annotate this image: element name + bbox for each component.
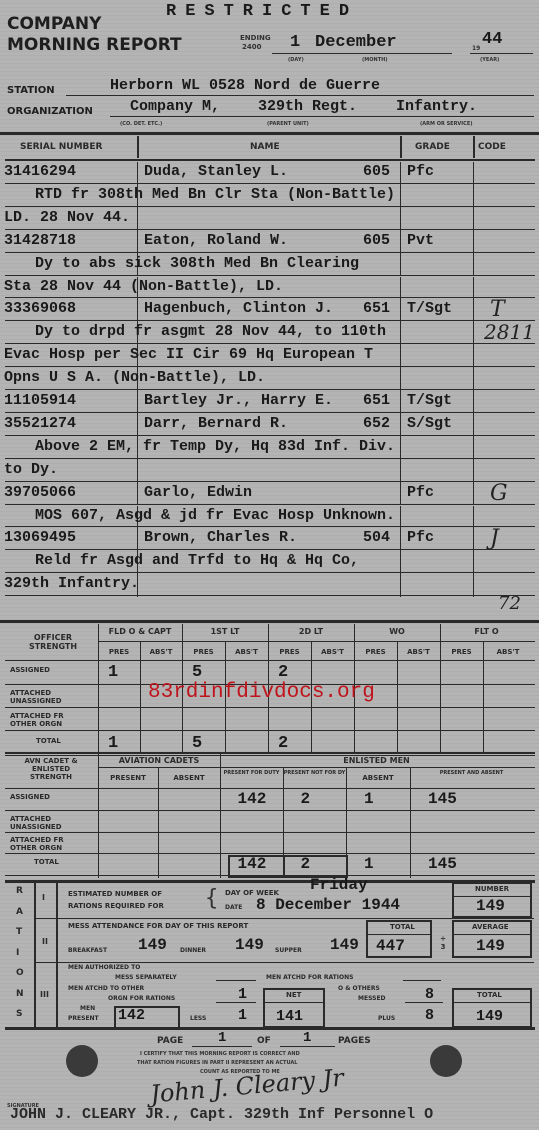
col-divider: [137, 162, 138, 185]
remark-line: Above 2 EM, fr Temp Dy, Hq 83d Inf. Div.: [35, 438, 395, 455]
col-divider: [400, 136, 402, 158]
officer-rule: [5, 707, 535, 708]
col-divider: [473, 551, 474, 574]
date-underline: [272, 53, 452, 54]
enlisted-col-divider: [158, 767, 159, 878]
form-title-line1: COMPANY: [7, 14, 101, 34]
dinner-label: DINNER: [180, 947, 206, 954]
number-label: NUMBER: [475, 885, 509, 893]
mess-separately-line: [216, 980, 256, 981]
roster-rule: [5, 412, 535, 413]
morning-report-form: RESTRICTED COMPANY MORNING REPORT ENDING…: [0, 0, 539, 1130]
officer-count: 2: [278, 663, 288, 682]
roster-rule: [5, 458, 535, 459]
atchd-for-line: [403, 980, 441, 981]
mos-code: 651: [363, 392, 390, 409]
mess-total-value: 447: [376, 937, 405, 955]
part-i-numeral: I: [42, 893, 45, 902]
enlisted-col-header: PRESENT: [98, 775, 158, 782]
officer-count: 2: [278, 734, 288, 753]
remark-line: Reld fr Asgd and Trfd to Hq & Hq Co,: [35, 552, 359, 569]
col-divider: [137, 460, 138, 483]
officer-group-header: FLD O & CAPT: [98, 627, 182, 636]
year-underline: [470, 53, 533, 54]
col-divider: [400, 185, 401, 208]
col-divider: [400, 414, 401, 437]
enlisted-rule: [5, 832, 535, 833]
col-divider: [473, 460, 474, 483]
form-title-line2: MORNING REPORT: [7, 35, 182, 55]
col-divider: [137, 483, 138, 506]
less-value: 1: [238, 1007, 247, 1024]
organization-underline: [110, 116, 534, 117]
col-divider: [473, 299, 474, 322]
enlisted-col-header: ABSENT: [158, 775, 220, 782]
col-divider: [473, 208, 474, 231]
serial-number: 13069495: [4, 529, 76, 546]
roster-rule: [5, 389, 535, 390]
officer-row-label: ASSIGNED: [10, 666, 90, 674]
roster-bottom-rule: [0, 620, 539, 623]
box-divider: [368, 934, 430, 935]
o-others-label-1: O & OTHERS: [338, 985, 380, 992]
officer-row-label: ATTACHED FR OTHER ORGN: [10, 712, 90, 728]
enlisted-count: 145: [428, 855, 457, 873]
soldier-name: Garlo, Edwin: [144, 484, 252, 501]
org-caption-arm: (ARM OR SERVICE): [420, 121, 473, 127]
status-code: 2811: [484, 320, 535, 344]
officer-subheader: PRES: [268, 648, 311, 656]
col-divider: [400, 551, 401, 574]
page-label: PAGE: [157, 1036, 183, 1046]
mos-code: 605: [363, 163, 390, 180]
part-ii-numeral: II: [42, 937, 48, 946]
rations-part-divider: [34, 962, 534, 963]
day-of-week-value: Friday: [310, 876, 368, 894]
col-divider: [400, 277, 401, 300]
officer-subheader: ABS'T: [140, 648, 182, 656]
remark-line: RTD fr 308th Med Bn Clr Sta (Non-Battle): [35, 186, 395, 203]
enlisted-col-divider: [283, 855, 285, 878]
col-divider: [137, 414, 138, 437]
o-others-label-2: MESSED: [358, 995, 386, 1002]
serial-number: 35521274: [4, 415, 76, 432]
org-caption-company: (CO. DET. ETC.): [120, 121, 162, 127]
roster-rule: [5, 229, 535, 230]
enlisted-col-header: PRESENT FOR DUTY: [220, 770, 283, 777]
enlisted-row-label: ATTACHED FR OTHER ORGN: [10, 836, 90, 852]
rations-side-letter: A: [16, 907, 23, 917]
enlisted-row-label: ATTACHED UNASSIGNED: [10, 815, 90, 831]
page-line: [192, 1046, 252, 1047]
officer-group-header: FLT O: [440, 627, 533, 636]
officer-bottom-rule: [5, 752, 535, 754]
remark-line: LD. 28 Nov 44.: [4, 209, 130, 226]
enlisted-rule: [98, 767, 535, 768]
col-divider: [473, 162, 474, 185]
organization-arm: Infantry.: [396, 98, 477, 115]
pages-line: [280, 1046, 335, 1047]
soldier-name: Brown, Charles R.: [144, 529, 297, 546]
roster-rule: [5, 252, 535, 253]
officer-subheader: ABS'T: [225, 648, 268, 656]
grade: S/Sgt: [407, 415, 452, 432]
status-code: G: [490, 481, 508, 506]
station-label: STATION: [7, 85, 55, 96]
men-present-label-1: MEN: [80, 1005, 95, 1012]
ending-time: 2400: [242, 43, 261, 51]
enlisted-row-label: ASSIGNED: [10, 793, 90, 801]
margin-note: 72: [498, 593, 521, 614]
certify-line-2: THAT RATION FIGURES IN PART II REPRESENT…: [137, 1060, 297, 1066]
punch-hole-left: [66, 1045, 98, 1077]
col-divider: [400, 391, 401, 414]
rations-divider: [34, 882, 36, 1028]
col-divider: [400, 506, 401, 529]
mess-separately-label-1: MEN AUTHORIZED TO: [68, 964, 140, 971]
breakfast-label: BREAKFAST: [68, 947, 107, 954]
col-divider: [473, 322, 474, 345]
remark-line: Sta 28 Nov 44 (Non-Battle), LD.: [4, 278, 283, 295]
col-divider: [473, 345, 474, 368]
rations-required-label-1: ESTIMATED NUMBER OF: [68, 890, 162, 898]
roster-rule: [5, 549, 535, 550]
col-divider: [473, 185, 474, 208]
officer-subheader: ABS'T: [397, 648, 440, 656]
men-atchd-for-rations-label: MEN ATCHD FOR RATIONS: [266, 974, 353, 981]
roster-rule: [5, 595, 535, 596]
rations-total-value: 149: [476, 1008, 503, 1025]
rations-part-divider: [34, 918, 534, 919]
roster-rule: [5, 504, 535, 505]
plus-value: 8: [425, 1007, 434, 1024]
serial-number: 31416294: [4, 163, 76, 180]
enlisted-col-header: ABSENT: [346, 775, 410, 782]
supper-value: 149: [330, 936, 359, 954]
month-caption: (MONTH): [362, 57, 388, 63]
officer-col-divider: [397, 642, 398, 752]
year-caption: (YEAR): [480, 57, 499, 63]
enlisted-row-label: TOTAL: [34, 858, 114, 866]
aviation-cadets-header: AVIATION CADETS: [98, 756, 220, 765]
net-label: NET: [286, 991, 301, 999]
enlisted-strength-title: AVN CADET & ENLISTED STRENGTH: [12, 757, 90, 781]
atchd-other-label-2: ORGN FOR RATIONS: [108, 995, 175, 1002]
col-divider: [400, 574, 401, 597]
col-divider: [400, 528, 401, 551]
col-divider: [473, 368, 474, 391]
officer-group-header: WO: [354, 627, 440, 636]
men-present-label-2: PRESENT: [68, 1015, 99, 1022]
station-value: Herborn WL 0528 Nord de Guerre: [110, 77, 380, 94]
col-divider: [137, 231, 138, 254]
col-divider: [137, 136, 139, 158]
remark-line: to Dy.: [4, 461, 58, 478]
mos-code: 605: [363, 232, 390, 249]
plus-label: PLUS: [378, 1015, 395, 1022]
serial-number: 39705066: [4, 484, 76, 501]
officer-col-divider: [440, 624, 441, 752]
brace-icon: {: [205, 886, 218, 911]
atchd-other-label-1: MEN ATCHD TO OTHER: [68, 985, 144, 992]
signer-name: JOHN J. CLEARY JR., Capt. 329th Inf Pers…: [10, 1106, 433, 1123]
box-divider: [265, 1002, 323, 1003]
roster-rule: [5, 435, 535, 436]
serial-number: 33369068: [4, 300, 76, 317]
roster-rule: [5, 275, 535, 276]
date-label: DATE: [225, 904, 242, 911]
breakfast-value: 149: [138, 936, 167, 954]
column-code: CODE: [478, 142, 506, 152]
officer-row-label: ATTACHED UNASSIGNED: [10, 689, 90, 705]
col-divider: [473, 483, 474, 506]
enlisted-count: 142: [238, 790, 267, 808]
col-divider: [473, 574, 474, 597]
certify-line-1: I CERTIFY THAT THIS MORNING REPORT IS CO…: [140, 1051, 300, 1057]
remark-line: MOS 607, Asgd & jd fr Evac Hosp Unknown.: [35, 507, 395, 524]
dinner-value: 149: [235, 936, 264, 954]
col-divider: [400, 162, 401, 185]
mos-code: 651: [363, 300, 390, 317]
rations-side-letter: I: [16, 948, 19, 958]
officer-count: 1: [108, 734, 118, 753]
roster-rule: [5, 481, 535, 482]
mess-attendance-label: MESS ATTENDANCE FOR DAY OF THIS REPORT: [68, 922, 248, 930]
col-divider: [473, 391, 474, 414]
organization-label: ORGANIZATION: [7, 106, 93, 117]
col-divider: [137, 208, 138, 231]
officer-subheader: ABS'T: [483, 648, 533, 656]
col-divider: [473, 528, 474, 551]
o-others-value: 8: [425, 986, 434, 1003]
col-divider: [473, 231, 474, 254]
grade: Pvt: [407, 232, 434, 249]
officer-count: 5: [192, 734, 202, 753]
roster-rule: [5, 343, 535, 344]
column-grade: GRADE: [415, 142, 450, 152]
officer-count: 5: [192, 663, 202, 682]
mess-total-label: TOTAL: [390, 923, 415, 931]
officer-subheader: ABS'T: [311, 648, 354, 656]
roster-header-rule: [5, 159, 535, 161]
atchd-other-value: 1: [238, 986, 247, 1003]
pages-label: PAGES: [338, 1036, 371, 1046]
enlisted-col-divider: [220, 754, 221, 878]
enlisted-count: 2: [301, 790, 311, 808]
enlisted-rule: [5, 788, 535, 789]
col-divider: [473, 414, 474, 437]
officer-strength-title: OFFICER STRENGTH: [28, 633, 78, 651]
day-caption: (DAY): [288, 57, 304, 63]
grade: Pfc: [407, 163, 434, 180]
col-divider: [400, 437, 401, 460]
remark-line: Opns U S A. (Non-Battle), LD.: [4, 369, 265, 386]
page-number: 1: [218, 1030, 226, 1046]
org-caption-parent: (PARENT UNIT): [267, 121, 309, 127]
officer-group-header: 1ST LT: [182, 627, 268, 636]
status-code: J: [490, 526, 499, 551]
officer-subheader: PRES: [354, 648, 397, 656]
rations-side-letter: S: [16, 1009, 22, 1019]
average-label: AVERAGE: [472, 923, 508, 931]
grade: T/Sgt: [407, 300, 452, 317]
report-year: 44: [482, 30, 502, 49]
col-divider: [400, 299, 401, 322]
col-divider: [400, 322, 401, 345]
serial-number: 31428718: [4, 232, 76, 249]
officer-subheader: PRES: [440, 648, 483, 656]
roster-rule: [5, 320, 535, 321]
number-value: 149: [476, 897, 505, 915]
roster-rule: [5, 206, 535, 207]
pages-total: 1: [303, 1030, 311, 1046]
enlisted-men-header: ENLISTED MEN: [220, 756, 533, 765]
officer-col-divider: [98, 624, 99, 752]
col-divider: [473, 136, 475, 158]
officer-group-header: 2D LT: [268, 627, 354, 636]
column-name: NAME: [250, 142, 280, 152]
grade: Pfc: [407, 484, 434, 501]
col-divider: [400, 231, 401, 254]
status-code: T: [490, 297, 505, 322]
mess-separately-label-2: MESS SEPARATELY: [115, 974, 177, 981]
col-divider: [137, 299, 138, 322]
rations-required-label-2: RATIONS REQUIRED FOR: [68, 902, 164, 910]
rations-divider: [56, 882, 58, 1028]
net-value: 141: [276, 1008, 303, 1025]
enlisted-col-header: PRESENT AND ABSENT: [410, 770, 533, 777]
col-divider: [400, 460, 401, 483]
men-present-value: 142: [118, 1007, 145, 1024]
officer-subheader: PRES: [98, 648, 140, 656]
report-day: 1: [290, 33, 300, 52]
col-divider: [400, 254, 401, 277]
roster-rule: [5, 572, 535, 573]
col-divider: [137, 391, 138, 414]
box-divider: [454, 934, 530, 935]
o-others-line: [405, 1002, 443, 1003]
rations-side-letter: N: [16, 989, 24, 999]
col-divider: [473, 254, 474, 277]
column-serial-number: SERIAL NUMBER: [20, 142, 102, 152]
officer-rule: [5, 730, 535, 731]
col-divider: [400, 345, 401, 368]
col-divider: [400, 208, 401, 231]
rations-date-value: 8 December 1944: [256, 896, 400, 914]
roster-rule: [5, 297, 535, 298]
remark-line: Dy to drpd fr asgmt 28 Nov 44, to 110th: [35, 323, 386, 340]
col-divider: [137, 528, 138, 551]
watermark: 83rdinfdivdocs.org: [148, 681, 375, 704]
rations-side-letter: T: [16, 927, 22, 937]
enlisted-count: 1: [364, 855, 374, 873]
roster-rule: [5, 366, 535, 367]
col-divider: [473, 437, 474, 460]
enlisted-count: 1: [364, 790, 374, 808]
soldier-name: Darr, Bernard R.: [144, 415, 288, 432]
officer-col-divider: [140, 642, 141, 752]
soldier-name: Eaton, Roland W.: [144, 232, 288, 249]
officer-count: 1: [108, 663, 118, 682]
enlisted-rule: [5, 810, 535, 811]
enlisted-rule: [5, 853, 535, 854]
header-divider: [0, 132, 539, 135]
enlisted-count: 145: [428, 790, 457, 808]
soldier-name: Duda, Stanley L.: [144, 163, 288, 180]
rations-side-letter: O: [16, 968, 24, 978]
col-divider: [473, 277, 474, 300]
part-iii-numeral: III: [40, 990, 49, 999]
roster-rule: [5, 526, 535, 527]
station-underline: [66, 95, 534, 96]
enlisted-col-header: PRESENT NOT FOR DY: [283, 770, 346, 777]
less-label: LESS: [190, 1015, 206, 1022]
serial-number: 11105914: [4, 392, 76, 409]
of-label: OF: [257, 1036, 271, 1046]
col-divider: [473, 506, 474, 529]
mos-code: 652: [363, 415, 390, 432]
enlisted-col-divider: [410, 767, 411, 878]
soldier-name: Hagenbuch, Clinton J.: [144, 300, 333, 317]
col-divider: [400, 483, 401, 506]
rations-total-label: TOTAL: [477, 991, 502, 999]
officer-rule: [5, 660, 535, 661]
atchd-other-line: [216, 1002, 256, 1003]
box-divider: [454, 1002, 530, 1003]
officer-subheader: PRES: [182, 648, 225, 656]
grade: Pfc: [407, 529, 434, 546]
year-prefix: 19: [472, 45, 480, 52]
ending-label: ENDING: [240, 34, 271, 42]
divide-by-three: ÷ 3: [438, 935, 448, 951]
grade: T/Sgt: [407, 392, 452, 409]
organization-parent: 329th Regt.: [258, 98, 357, 115]
report-month: December: [315, 33, 397, 52]
punch-hole-right: [430, 1045, 462, 1077]
remark-line: Evac Hosp per Sec II Cir 69 Hq European …: [4, 346, 373, 363]
organization-company: Company M,: [130, 98, 220, 115]
rations-side-letter: R: [16, 886, 23, 896]
col-divider: [400, 368, 401, 391]
mos-code: 504: [363, 529, 390, 546]
average-value: 149: [476, 937, 505, 955]
remark-line: Dy to abs sick 308th Med Bn Clearing: [35, 255, 359, 272]
soldier-name: Bartley Jr., Harry E.: [144, 392, 333, 409]
roster-rule: [5, 183, 535, 184]
officer-row-label: TOTAL: [36, 737, 116, 745]
remark-line: 329th Infantry.: [4, 575, 139, 592]
officer-rule: [98, 641, 535, 642]
supper-label: SUPPER: [275, 947, 302, 954]
officer-col-divider: [483, 642, 484, 752]
classification-stamp: RESTRICTED: [166, 2, 358, 21]
total-present-box: [228, 855, 348, 878]
